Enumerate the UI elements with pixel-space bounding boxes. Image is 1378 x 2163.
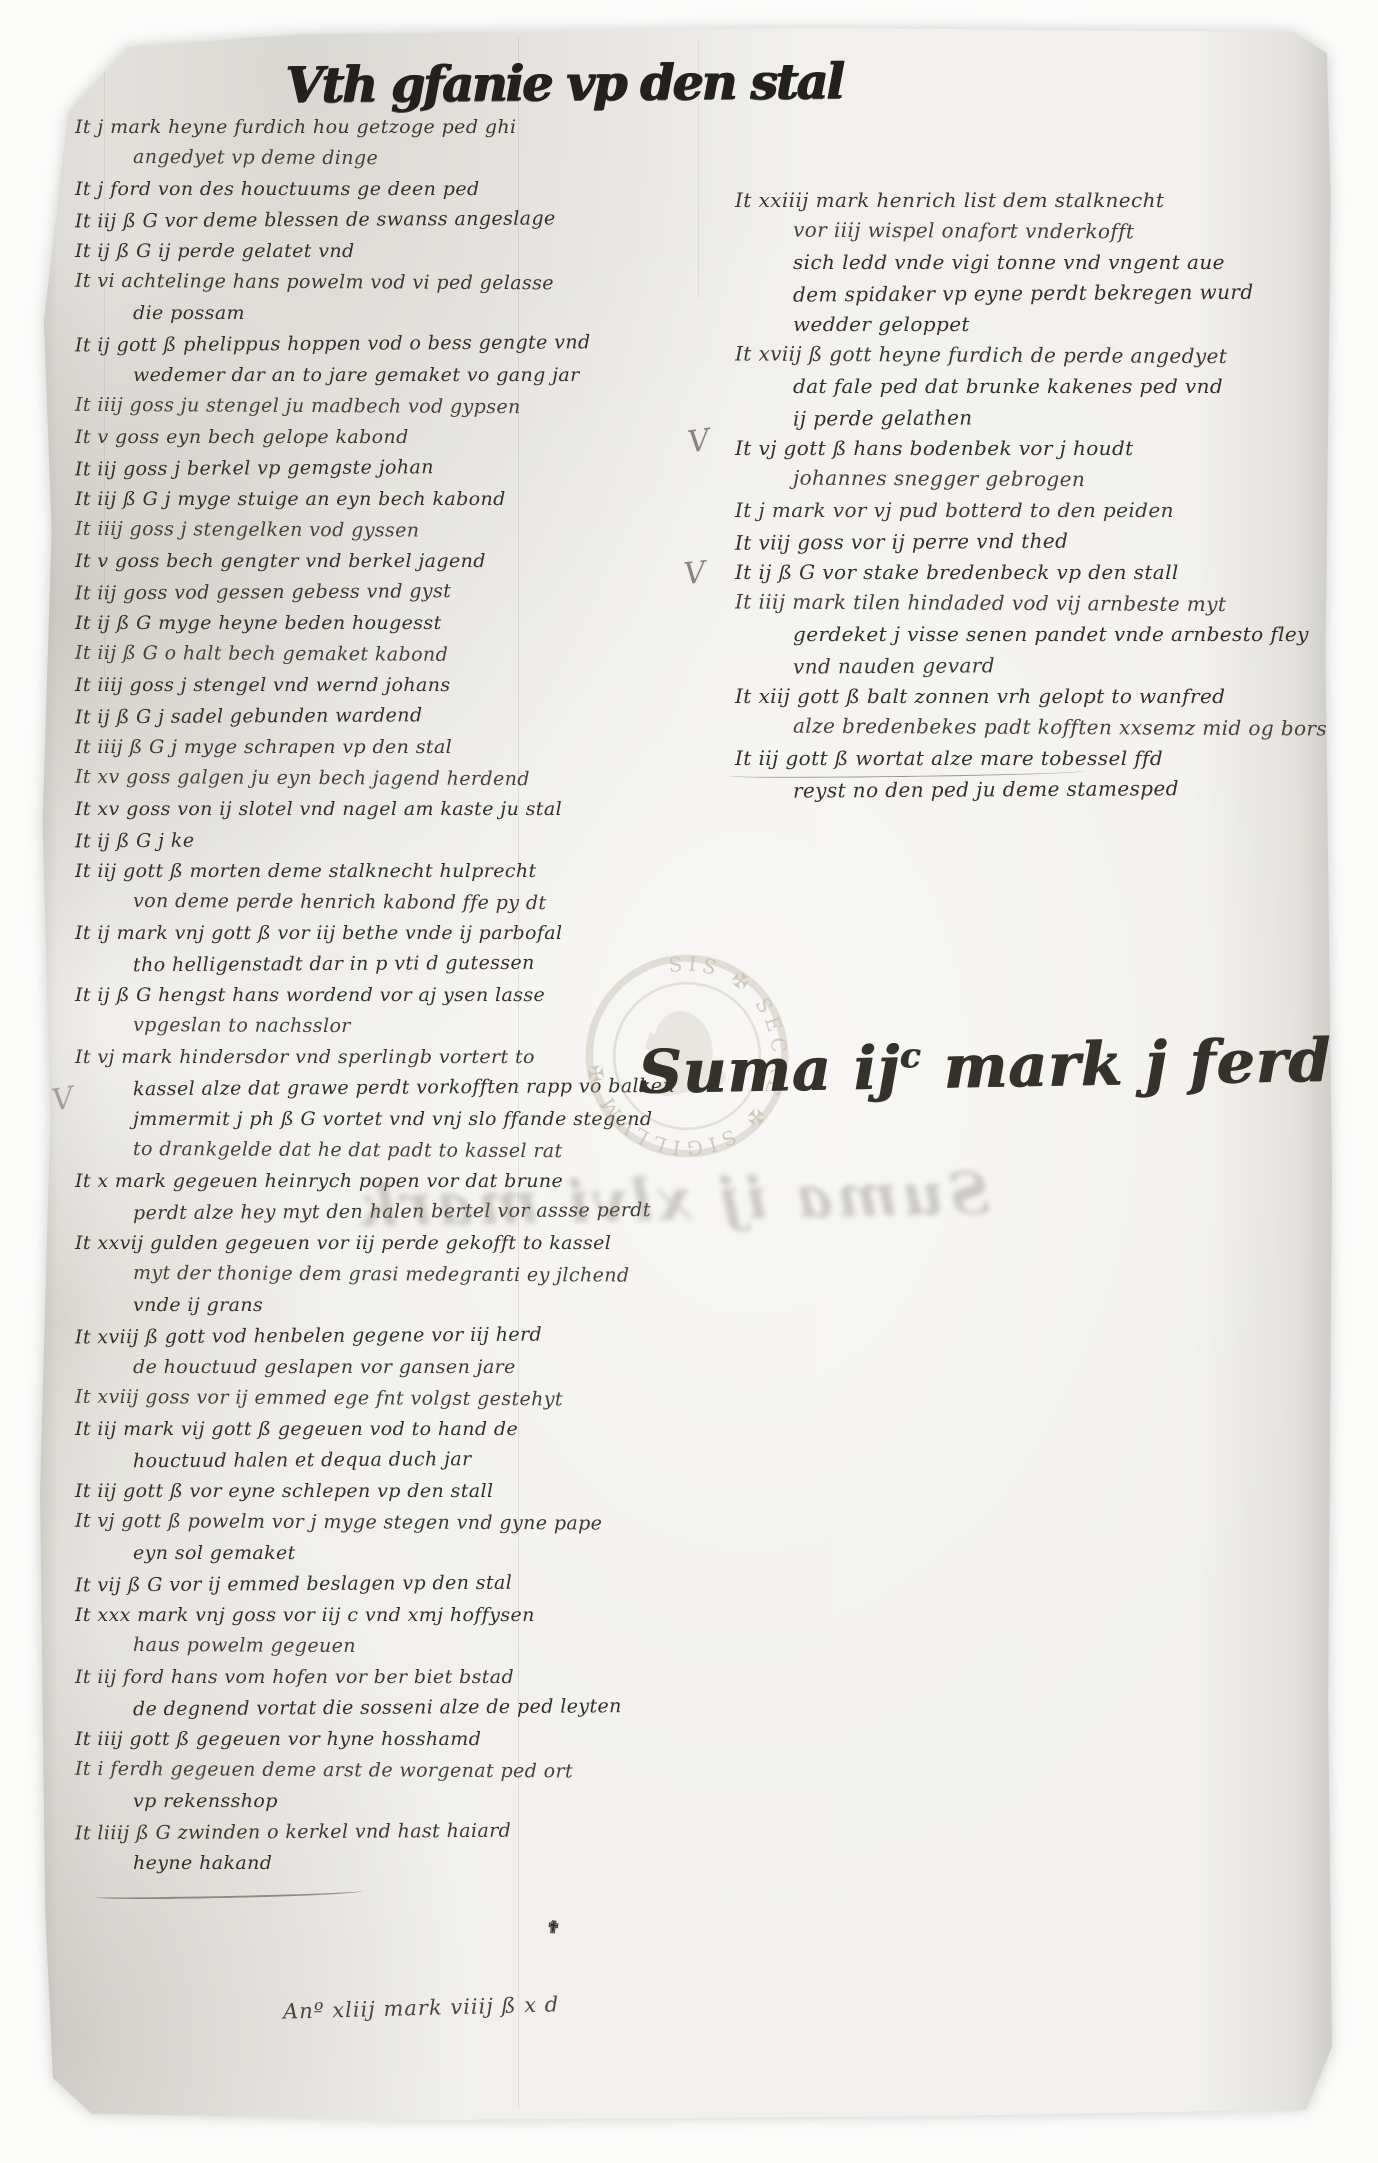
entry-line: It iij ß G vor deme blessen de swanss an…: [75, 204, 530, 238]
entry-line: vnde ij grans: [133, 1290, 530, 1321]
summa-word: Suma: [637, 1035, 832, 1108]
entry-line: reyst no den ped ju deme stamesped: [793, 772, 1310, 806]
left-column-entries: It j mark heyne furdich hou getzoge ped …: [75, 112, 530, 1879]
entry-line: wedemer dar an to jare gemaket vo gang j…: [133, 360, 530, 391]
entry-line: to drankgelde dat he dat padt to kassel …: [133, 1134, 530, 1167]
entry-line: vpgeslan to nachsslor: [133, 1010, 530, 1043]
entry-line: johannes snegger gebrogen: [793, 463, 1310, 497]
entry-line: It xxx mark vnj goss vor iij c vnd xmj h…: [75, 1600, 530, 1631]
entry-line: kassel alze dat grawe perdt vorkofften r…: [133, 1072, 530, 1105]
entry-line: It xviij ß gott heyne furdich de perde a…: [735, 338, 1310, 372]
entry-line: sich ledd vnde vigi tonne vnd vngent aue: [793, 247, 1310, 278]
entry-line: dat fale ped dat brunke kakenes ped vnd: [793, 371, 1310, 402]
entry-line: houctuud halen et dequa duch jar: [133, 1444, 530, 1477]
entry-line: de degnend vortat die sosseni alze de pe…: [133, 1692, 530, 1725]
entry-line: It iij gott ß vor eyne schlepen vp den s…: [75, 1476, 530, 1507]
entry-line: It iij ford hans vom hofen vor ber biet …: [75, 1662, 530, 1693]
entry-line: dem spidaker vp eyne perdt bekregen wurd: [793, 276, 1310, 310]
entry-line: It iiij goss ju stengel ju madbech vod g…: [75, 390, 530, 423]
ink-blot-mark: ✟: [545, 1917, 562, 1939]
entry-line: It xiij gott ß balt zonnen vrh gelopt to…: [735, 681, 1310, 712]
entry-line: It xv goss galgen ju eyn bech jagend her…: [75, 762, 530, 795]
entry-line: It vj mark hindersdor vnd sperlingb vort…: [75, 1042, 530, 1073]
entry-line: It v goss eyn bech gelope kabond: [75, 422, 530, 453]
entry-line: It xxiiij mark henrich list dem stalknec…: [735, 185, 1310, 216]
summa-total-line: Suma ijc mark j ferd: [637, 1026, 1331, 1108]
summa-amount: ij: [853, 1033, 901, 1104]
entry-line: jmmermit j ph ß G vortet vnd vnj slo ffa…: [133, 1104, 530, 1135]
right-column-entries: It xxiiij mark henrich list dem stalknec…: [735, 185, 1310, 805]
entry-line: von deme perde henrich kabond ffe py dt: [133, 886, 530, 919]
entry-line: It vj gott ß powelm vor j myge stegen vn…: [75, 1506, 530, 1539]
entry-line: wedder geloppet: [793, 309, 1310, 340]
entry-line: die possam: [133, 298, 530, 329]
entry-line: vp rekensshop: [133, 1786, 530, 1817]
entry-line: It vi achtelinge hans powelm vod vi ped …: [75, 266, 530, 299]
parchment-paper: Vth gfanie vp den stal It j mark heyne f…: [40, 28, 1332, 2120]
entry-line: It iiij mark tilen hindaded vod vij arnb…: [735, 586, 1310, 620]
entry-line: It i ferdh gegeuen deme arst de worgenat…: [75, 1754, 530, 1787]
summa-rest: mark j ferd: [943, 1026, 1332, 1103]
entry-line: ij perde gelathen: [793, 400, 1310, 434]
entry-line: vor iiij wispel onafort vnderkofft: [793, 215, 1310, 249]
entry-line: vnd nauden gevard: [793, 648, 1310, 682]
entry-line: It ij ß G j sadel gebunden wardend: [75, 700, 530, 734]
manuscript-page-scan: Vth gfanie vp den stal It j mark heyne f…: [40, 28, 1332, 2120]
summa-superscript: c: [899, 1036, 921, 1076]
underline-flourish: [95, 1888, 363, 1901]
entry-line: haus powelm gegeuen: [133, 1630, 530, 1663]
entry-line: It iij gott ß morten deme stalknecht hul…: [75, 856, 530, 887]
entry-line: It ij ß G myge heyne beden hougesst: [75, 608, 530, 639]
entry-line: It xviij goss vor ij emmed ege fnt volgs…: [75, 1382, 530, 1415]
page-title: Vth gfanie vp den stal: [285, 52, 843, 114]
entry-line: eyn sol gemaket: [133, 1538, 530, 1569]
ink-bleedthrough-text: Suma ij xlvi mark: [329, 1159, 990, 1241]
entry-line: gerdeket j visse senen pandet vnde arnbe…: [793, 619, 1310, 650]
entry-line: It iij goss vod gessen gebess vnd gyst: [75, 576, 530, 610]
entry-line: It iiij goss j stengelken vod gyssen: [75, 514, 530, 547]
entry-line: It ij mark vnj gott ß vor iij bethe vnde…: [75, 918, 530, 949]
entry-line: myt der thonige dem grasi medegranti ey …: [133, 1258, 530, 1291]
margin-checkmark: V: [49, 1080, 76, 1118]
entry-line: It iiij ß G j myge schrapen vp den stal: [75, 732, 530, 763]
entry-line: angedyet vp deme dinge: [133, 142, 530, 175]
entry-line: It v goss bech gengter vnd berkel jagend: [75, 546, 530, 577]
entry-line: It xv goss von ij slotel vnd nagel am ka…: [75, 794, 530, 825]
margin-checkmark: V: [686, 423, 712, 461]
entry-line: It ij ß G ij perde gelatet vnd: [75, 236, 530, 267]
entry-line: It liiij ß G zwinden o kerkel vnd hast h…: [75, 1816, 530, 1850]
entry-line: It iiij goss j stengel vnd wernd johans: [75, 670, 530, 701]
entry-line: It vij ß G vor ij emmed beslagen vp den …: [75, 1568, 530, 1602]
entry-line: It iij goss j berkel vp gemgste johan: [75, 452, 530, 486]
entry-line: It j mark vor vj pud botterd to den peid…: [735, 495, 1310, 526]
entry-line: It ij ß G vor stake bredenbeck vp den st…: [735, 557, 1310, 588]
entry-line: alze bredenbekes padt kofften xxsemz mid…: [793, 711, 1310, 745]
entry-line: It j mark heyne furdich hou getzoge ped …: [75, 112, 530, 143]
entry-line: It vj gott ß hans bodenbek vor j houdt: [735, 433, 1310, 464]
entry-line: It iij ß G o halt bech gemaket kabond: [75, 638, 530, 671]
entry-line: de houctuud geslapen vor gansen jare: [133, 1352, 530, 1383]
entry-line: It viij goss vor ij perre vnd thed: [735, 524, 1310, 559]
entry-line: It iiij gott ß gegeuen vor hyne hosshamd: [75, 1724, 530, 1755]
entry-line: heyne hakand: [133, 1848, 530, 1879]
entry-line: It ij ß G j ke: [75, 824, 530, 858]
entry-line: It ij ß G hengst hans wordend vor aj yse…: [75, 980, 530, 1011]
entry-line: It j ford von des houctuums ge deen ped: [75, 174, 530, 205]
entry-line: It xviij ß gott vod henbelen gegene vor …: [75, 1320, 530, 1354]
margin-checkmark: V: [682, 555, 707, 592]
entry-line: It ij gott ß phelippus hoppen vod o bess…: [75, 328, 530, 362]
entry-line: tho helligenstadt dar in p vti d gutesse…: [133, 948, 530, 981]
entry-line: It iij mark vij gott ß gegeuen vod to ha…: [75, 1414, 530, 1445]
entry-line: It iij ß G j myge stuige an eyn bech kab…: [75, 484, 530, 515]
